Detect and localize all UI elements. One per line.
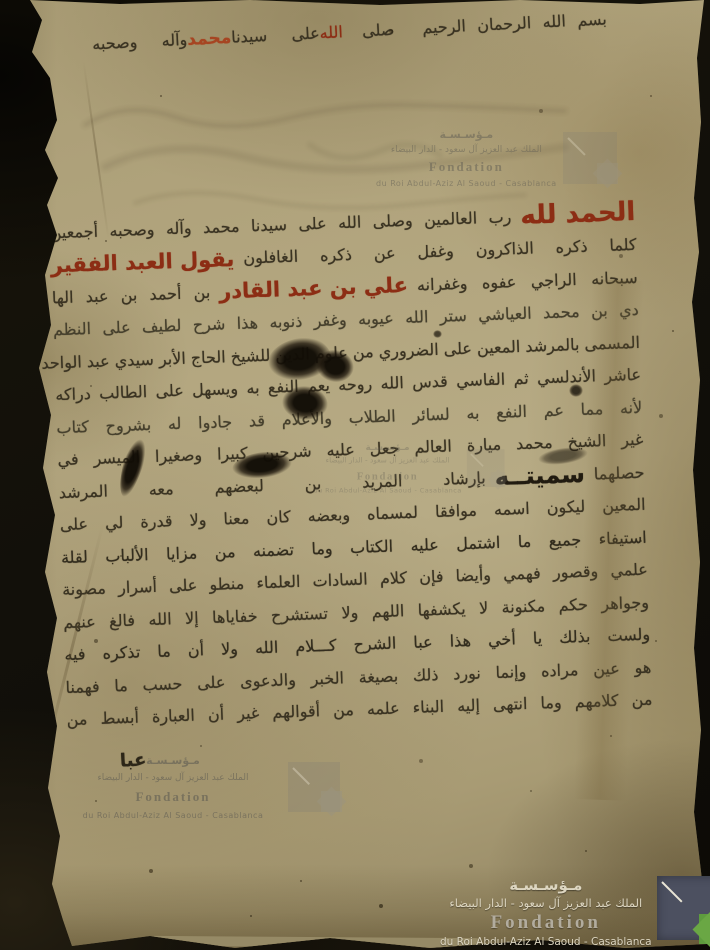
scan-background: بسم الله الرحمان الرحيمصلىاللهعلى سيدنام… — [0, 0, 710, 950]
stamp-latin-line: du Roi Abdul-Aziz Al Saoud - Casablanca — [313, 487, 461, 494]
text-segment: الله — [319, 22, 343, 42]
eight-point-star-icon — [693, 907, 710, 950]
eight-point-star-icon — [593, 158, 623, 188]
watermark-stamp-top: مـؤسـسـة الملك عبد العزيز آل سعود - الدا… — [376, 128, 582, 188]
text-segment: بن أحمد بن عبد الها — [52, 283, 211, 308]
text-segment: الحمد لله — [520, 197, 636, 231]
watermark-text: مـؤسـسـة الملك عبد العزيز آل سعود - الدا… — [376, 128, 557, 188]
diagonal-line-icon — [292, 767, 310, 785]
stamp-latin-name: Fondation — [376, 159, 557, 175]
text-segment: يقول العبد الفقير — [50, 247, 234, 277]
foundation-logo-text: مـؤسـسـة الملك عبد العزيز آل سعود - الدا… — [440, 876, 652, 948]
logo-latin-name: Fondation — [440, 912, 652, 934]
basmala-header: بسم الله الرحمان الرحيمصلىاللهعلى سيدنام… — [92, 9, 607, 54]
stamp-arabic-name: مـؤسـسـة — [313, 442, 461, 453]
watermark-text: مـؤسـسـة الملك عبد العزيز آل سعود - الدا… — [64, 754, 282, 820]
watermark-text: مـؤسـسـة الملك عبد العزيز آل سعود - الدا… — [313, 442, 461, 494]
stamp-arabic-line: الملك عبد العزيز آل سعود - الدار البيضاء — [313, 457, 461, 465]
ink-dot — [433, 330, 442, 338]
diagonal-line-icon — [470, 453, 483, 466]
eight-point-star-icon — [316, 786, 346, 816]
manuscript-page: بسم الله الرحمان الرحيمصلىاللهعلى سيدنام… — [0, 0, 710, 950]
logo-latin-line: du Roi Abdul-Aziz Al Saoud - Casablanca — [440, 936, 652, 948]
stamp-square-icon — [288, 762, 340, 812]
text-segment: على سيدنا — [231, 23, 320, 46]
watermark-stamp-bottom: مـؤسـسـة الملك عبد العزيز آل سعود - الدا… — [64, 754, 340, 820]
text-segment: محمد — [187, 28, 232, 50]
text-segment: علي بن عبد القادر — [219, 273, 409, 304]
stamp-arabic-name: مـؤسـسـة — [64, 754, 282, 767]
stamp-square-icon — [467, 449, 505, 487]
ink-dot — [569, 384, 583, 397]
paper-specks — [0, 0, 2, 2]
underlying-page-edge — [150, 936, 480, 948]
diagonal-line-icon — [567, 137, 586, 156]
stamp-latin-line: du Roi Abdul-Aziz Al Saoud - Casablanca — [64, 811, 282, 820]
stamp-latin-line: du Roi Abdul-Aziz Al Saoud - Casablanca — [376, 179, 557, 188]
text-segment: صلى — [342, 20, 394, 41]
stamp-latin-name: Fondation — [64, 789, 282, 805]
text-segment: وآله وصحبه — [92, 30, 188, 54]
logo-arabic-line: الملك عبد العزيز آل سعود - الدار البيضاء — [440, 896, 652, 910]
foundation-logo: مـؤسـسـة الملك عبد العزيز آل سعود - الدا… — [440, 876, 708, 948]
foundation-logo-square — [657, 876, 710, 940]
stamp-arabic-line: الملك عبد العزيز آل سعود - الدار البيضاء — [376, 145, 557, 155]
stamp-arabic-name: مـؤسـسـة — [376, 128, 557, 141]
stamp-latin-name: Fondation — [313, 469, 461, 482]
watermark-stamp-middle: مـؤسـسـة الملك عبد العزيز آل سعود - الدا… — [313, 442, 454, 494]
stamp-square-icon — [563, 132, 617, 184]
marginal-scribble: ك — [17, 338, 33, 356]
stamp-arabic-line: الملك عبد العزيز آل سعود - الدار البيضاء — [64, 773, 282, 783]
diagonal-line-icon — [661, 881, 682, 902]
eight-point-star-icon — [487, 469, 508, 490]
text-segment: بسم الله الرحمان الرحيم — [422, 9, 607, 37]
logo-arabic-name: مـؤسـسـة — [440, 876, 652, 894]
